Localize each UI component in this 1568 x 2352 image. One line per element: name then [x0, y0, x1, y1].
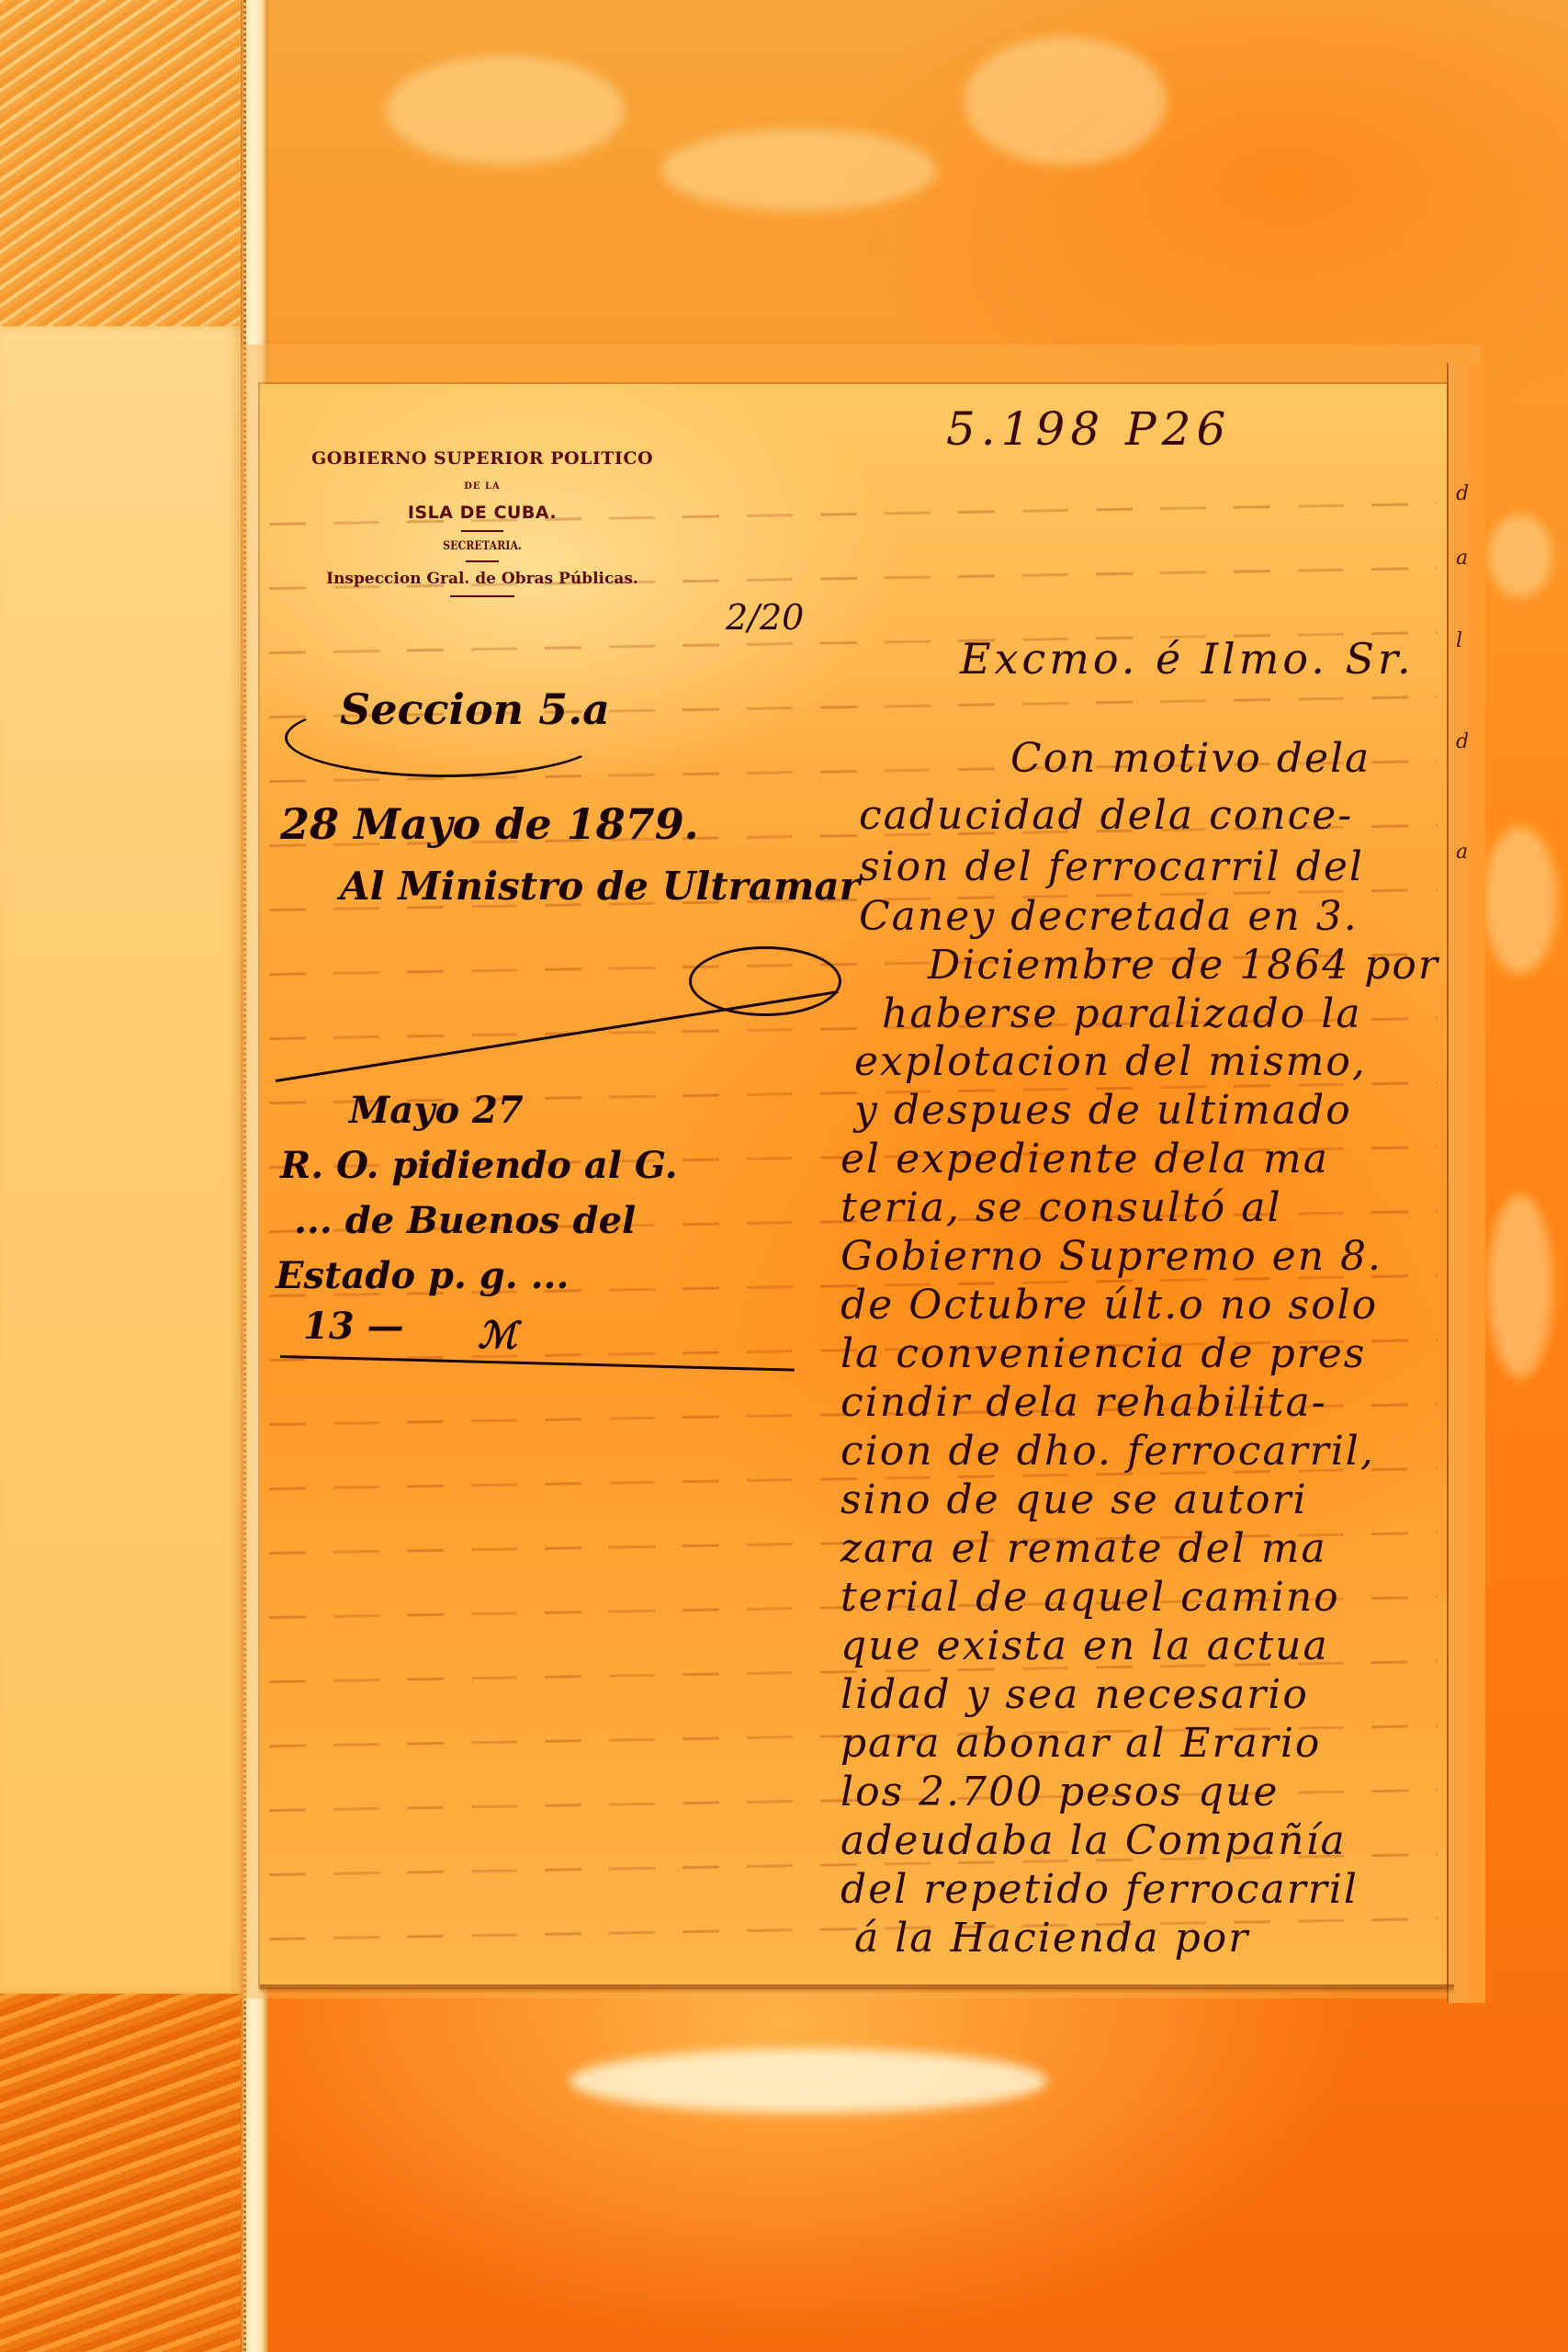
margin-note-line: 13 — — [303, 1305, 404, 1348]
body-line: lidad y sea necesario — [840, 1671, 1309, 1718]
body-line: haberse paralizado la — [882, 990, 1362, 1037]
body-line: adeudaba la Compañía — [840, 1817, 1347, 1864]
body-line: de Octubre últ.o no solo — [840, 1282, 1378, 1329]
flyleaf-bottom — [0, 1994, 241, 2352]
body-line: del repetido ferrocarril — [840, 1866, 1359, 1913]
background-stain — [386, 55, 625, 165]
body-line: Gobierno Supremo en 8. — [840, 1233, 1382, 1280]
background-stain — [1488, 514, 1552, 597]
addressee-flourish — [689, 946, 841, 1016]
flyleaf-top — [0, 0, 241, 326]
body-line: para abonar al Erario — [840, 1720, 1321, 1767]
margin-date: 28 Mayo de 1879. — [280, 799, 699, 849]
body-line: cion de dho. ferrocarril, — [840, 1428, 1375, 1475]
letterhead-de-la: DE LA — [276, 481, 689, 492]
body-line: cindir dela rehabilita- — [840, 1379, 1327, 1426]
left-flyleaf-page — [0, 326, 241, 1994]
letterhead-department: Inspeccion Gral. de Obras Públicas. — [276, 570, 689, 588]
background-stain — [661, 129, 937, 211]
body-line: Con motivo dela — [1010, 735, 1371, 782]
body-line: Diciembre de 1864 por — [928, 942, 1439, 989]
body-line: los 2.700 pesos que — [840, 1769, 1279, 1815]
body-line: zara el remate del ma — [840, 1525, 1327, 1572]
letterhead: GOBIERNO SUPERIOR POLITICO DE LA ISLA DE… — [276, 448, 689, 605]
folio-mark: 2/20 — [726, 597, 804, 638]
body-line: terial de aquel camino — [840, 1574, 1340, 1621]
body-line: explotacion del mismo, — [854, 1038, 1367, 1085]
body-line: Caney decretada en 3. — [859, 893, 1359, 940]
body-line: la conveniencia de pres — [840, 1330, 1366, 1377]
letterhead-rule — [461, 530, 503, 532]
background-stain — [1488, 1194, 1552, 1378]
archive-number: 5.198 P26 — [946, 402, 1231, 456]
margin-addressee: Al Ministro de Ultramar — [340, 864, 860, 909]
body-line: á la Hacienda por — [854, 1915, 1249, 1962]
body-line: sino de que se autori — [840, 1476, 1308, 1523]
body-line: sion del ferrocarril del — [859, 843, 1364, 890]
background-stain — [570, 2049, 1047, 2113]
background-stain — [964, 37, 1167, 165]
body-line: y despues de ultimado — [854, 1087, 1352, 1134]
section-flourish — [285, 698, 603, 777]
body-line: caducidad dela conce- — [859, 792, 1353, 839]
letterhead-rule — [466, 560, 499, 562]
margin-signature-rubric: ℳ — [478, 1314, 517, 1357]
letter-bottom-edge — [260, 1984, 1454, 1994]
letterhead-island: ISLA DE CUBA. — [276, 503, 689, 523]
margin-note-line: Estado p. g. ... — [276, 1254, 569, 1297]
background-stain — [1483, 827, 1557, 974]
salutation: Excmo. é Ilmo. Sr. — [960, 634, 1415, 684]
letterhead-secretaria: SECRETARIA. — [307, 539, 659, 553]
letterhead-government: GOBIERNO SUPERIOR POLITICO — [276, 448, 689, 469]
body-line: teria, se consultó al — [840, 1184, 1282, 1231]
underlying-page-edge: d a l d a — [1447, 363, 1485, 2003]
body-line: que exista en la actua — [840, 1623, 1329, 1669]
margin-note-line: ... de Buenos del — [294, 1199, 636, 1242]
letterhead-rule — [450, 595, 514, 597]
body-line: el expediente dela ma — [840, 1136, 1329, 1182]
margin-note-line: R. O. pidiendo al G. — [280, 1144, 678, 1187]
margin-note-line: Mayo 27 — [349, 1089, 524, 1132]
